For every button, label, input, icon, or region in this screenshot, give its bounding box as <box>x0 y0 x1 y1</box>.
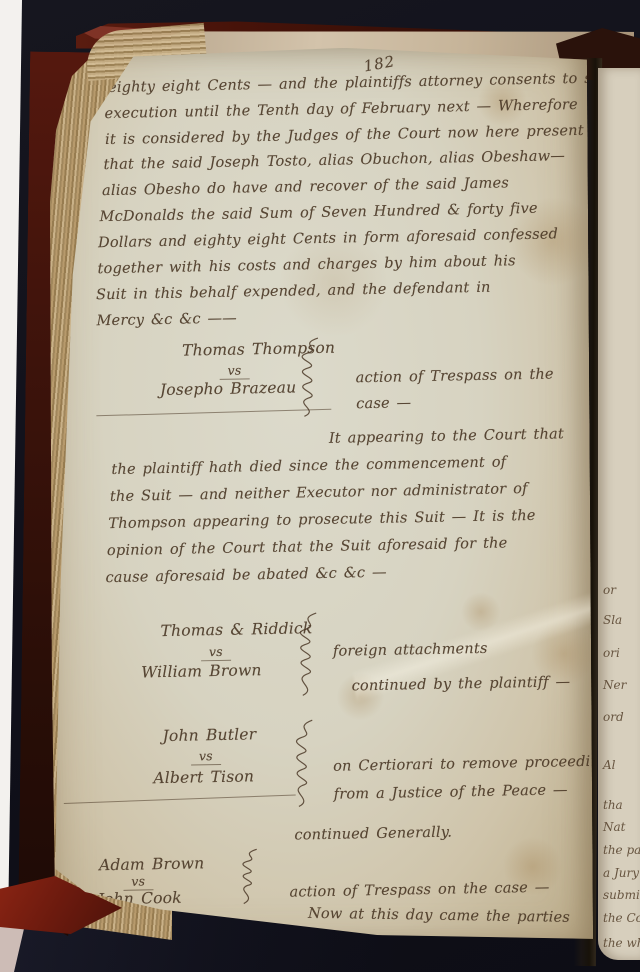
judgment-line: that the said Joseph Tosto, alias Obucho… <box>103 148 565 173</box>
case-defendant: Josepho Brazeau <box>160 378 297 399</box>
photo-edge-sliver <box>0 0 22 905</box>
fragment-text: a Jury <box>603 866 639 880</box>
judgment-line: Dollars and eighty eight Cents in form a… <box>98 226 558 251</box>
case-note: action of Trespass on the <box>356 366 554 386</box>
case-body-line: the Suit — and neither Executor nor admi… <box>110 481 528 505</box>
fragment-text: the whole <box>603 936 640 950</box>
fragment-text: submitted <box>603 888 640 902</box>
case-brace-icon <box>290 336 322 419</box>
case-body-line: Thompson appearing to prosecute this Sui… <box>108 508 535 532</box>
case-note: case — <box>356 395 411 412</box>
case-body-line: cause aforesaid be abated &c &c — <box>105 565 387 586</box>
case-body-line: It appearing to the Court that <box>329 426 564 447</box>
case-brace-icon <box>288 611 320 698</box>
judgment-line: together with his costs and charges by h… <box>97 253 515 277</box>
case-body-line: the plaintiff hath died since the commen… <box>111 454 506 478</box>
fragment-text: ori <box>603 646 620 660</box>
judgment-line: eighty eight Cents — and the plaintiffs … <box>108 70 593 96</box>
fragment-text: ord <box>603 710 624 724</box>
case-brace-icon <box>233 847 260 905</box>
fragment-text: or <box>603 583 616 597</box>
next-page-edge[interactable]: or Sla ori Ner ord Al tha Nat the par a … <box>598 68 640 960</box>
judgment-line: Mercy &c &c —— <box>96 311 237 330</box>
judgment-line: alias Obesho do have and recover of the … <box>102 175 509 199</box>
case-note: from a Justice of the Peace — <box>334 782 568 802</box>
case-brace-icon <box>284 718 316 809</box>
case-defendant: Albert Tison <box>153 767 254 787</box>
case-body-line: Now at this day came the parties <box>308 906 570 926</box>
case-plaintiff: Adam Brown <box>99 854 205 874</box>
judgment-line: Suit in this behalf expended, and the de… <box>96 280 491 304</box>
case-body-line: continued Generally. <box>294 825 452 844</box>
case-vs-label: vs <box>191 748 221 766</box>
flourish-line <box>64 794 296 804</box>
fragment-text: Al <box>603 758 616 772</box>
fragment-text: tha <box>603 798 623 812</box>
handwriting-layer: 182 eighty eight Cents — and the plainti… <box>47 46 593 950</box>
manuscript-page[interactable]: 182 eighty eight Cents — and the plainti… <box>47 46 593 950</box>
page-number: 182 <box>362 52 396 75</box>
fragment-text: Nat <box>603 820 625 834</box>
fragment-text: Ner <box>603 678 626 692</box>
case-note: on Certiorari to remove proceedings <box>333 753 593 774</box>
case-note: action of Trespass on the case — <box>289 880 549 901</box>
fragment-text: the par <box>603 843 640 857</box>
case-note: continued by the plaintiff — <box>351 674 570 694</box>
judgment-line: McDonalds the said Sum of Seven Hundred … <box>99 201 537 225</box>
fragment-text: the Cour <box>603 911 640 925</box>
case-defendant: William Brown <box>141 661 262 681</box>
case-vs-label: vs <box>219 362 249 380</box>
judgment-line: execution until the Tenth day of Februar… <box>104 97 578 122</box>
case-vs-label: vs <box>123 873 153 891</box>
judgment-line: it is considered by the Judges of the Co… <box>105 123 584 148</box>
case-plaintiff: John Butler <box>162 725 256 745</box>
case-note: foreign attachments <box>333 641 488 660</box>
case-vs-label: vs <box>201 644 231 662</box>
fragment-text: Sla <box>603 613 622 627</box>
case-body-line: opinion of the Court that the Suit afore… <box>107 535 508 559</box>
